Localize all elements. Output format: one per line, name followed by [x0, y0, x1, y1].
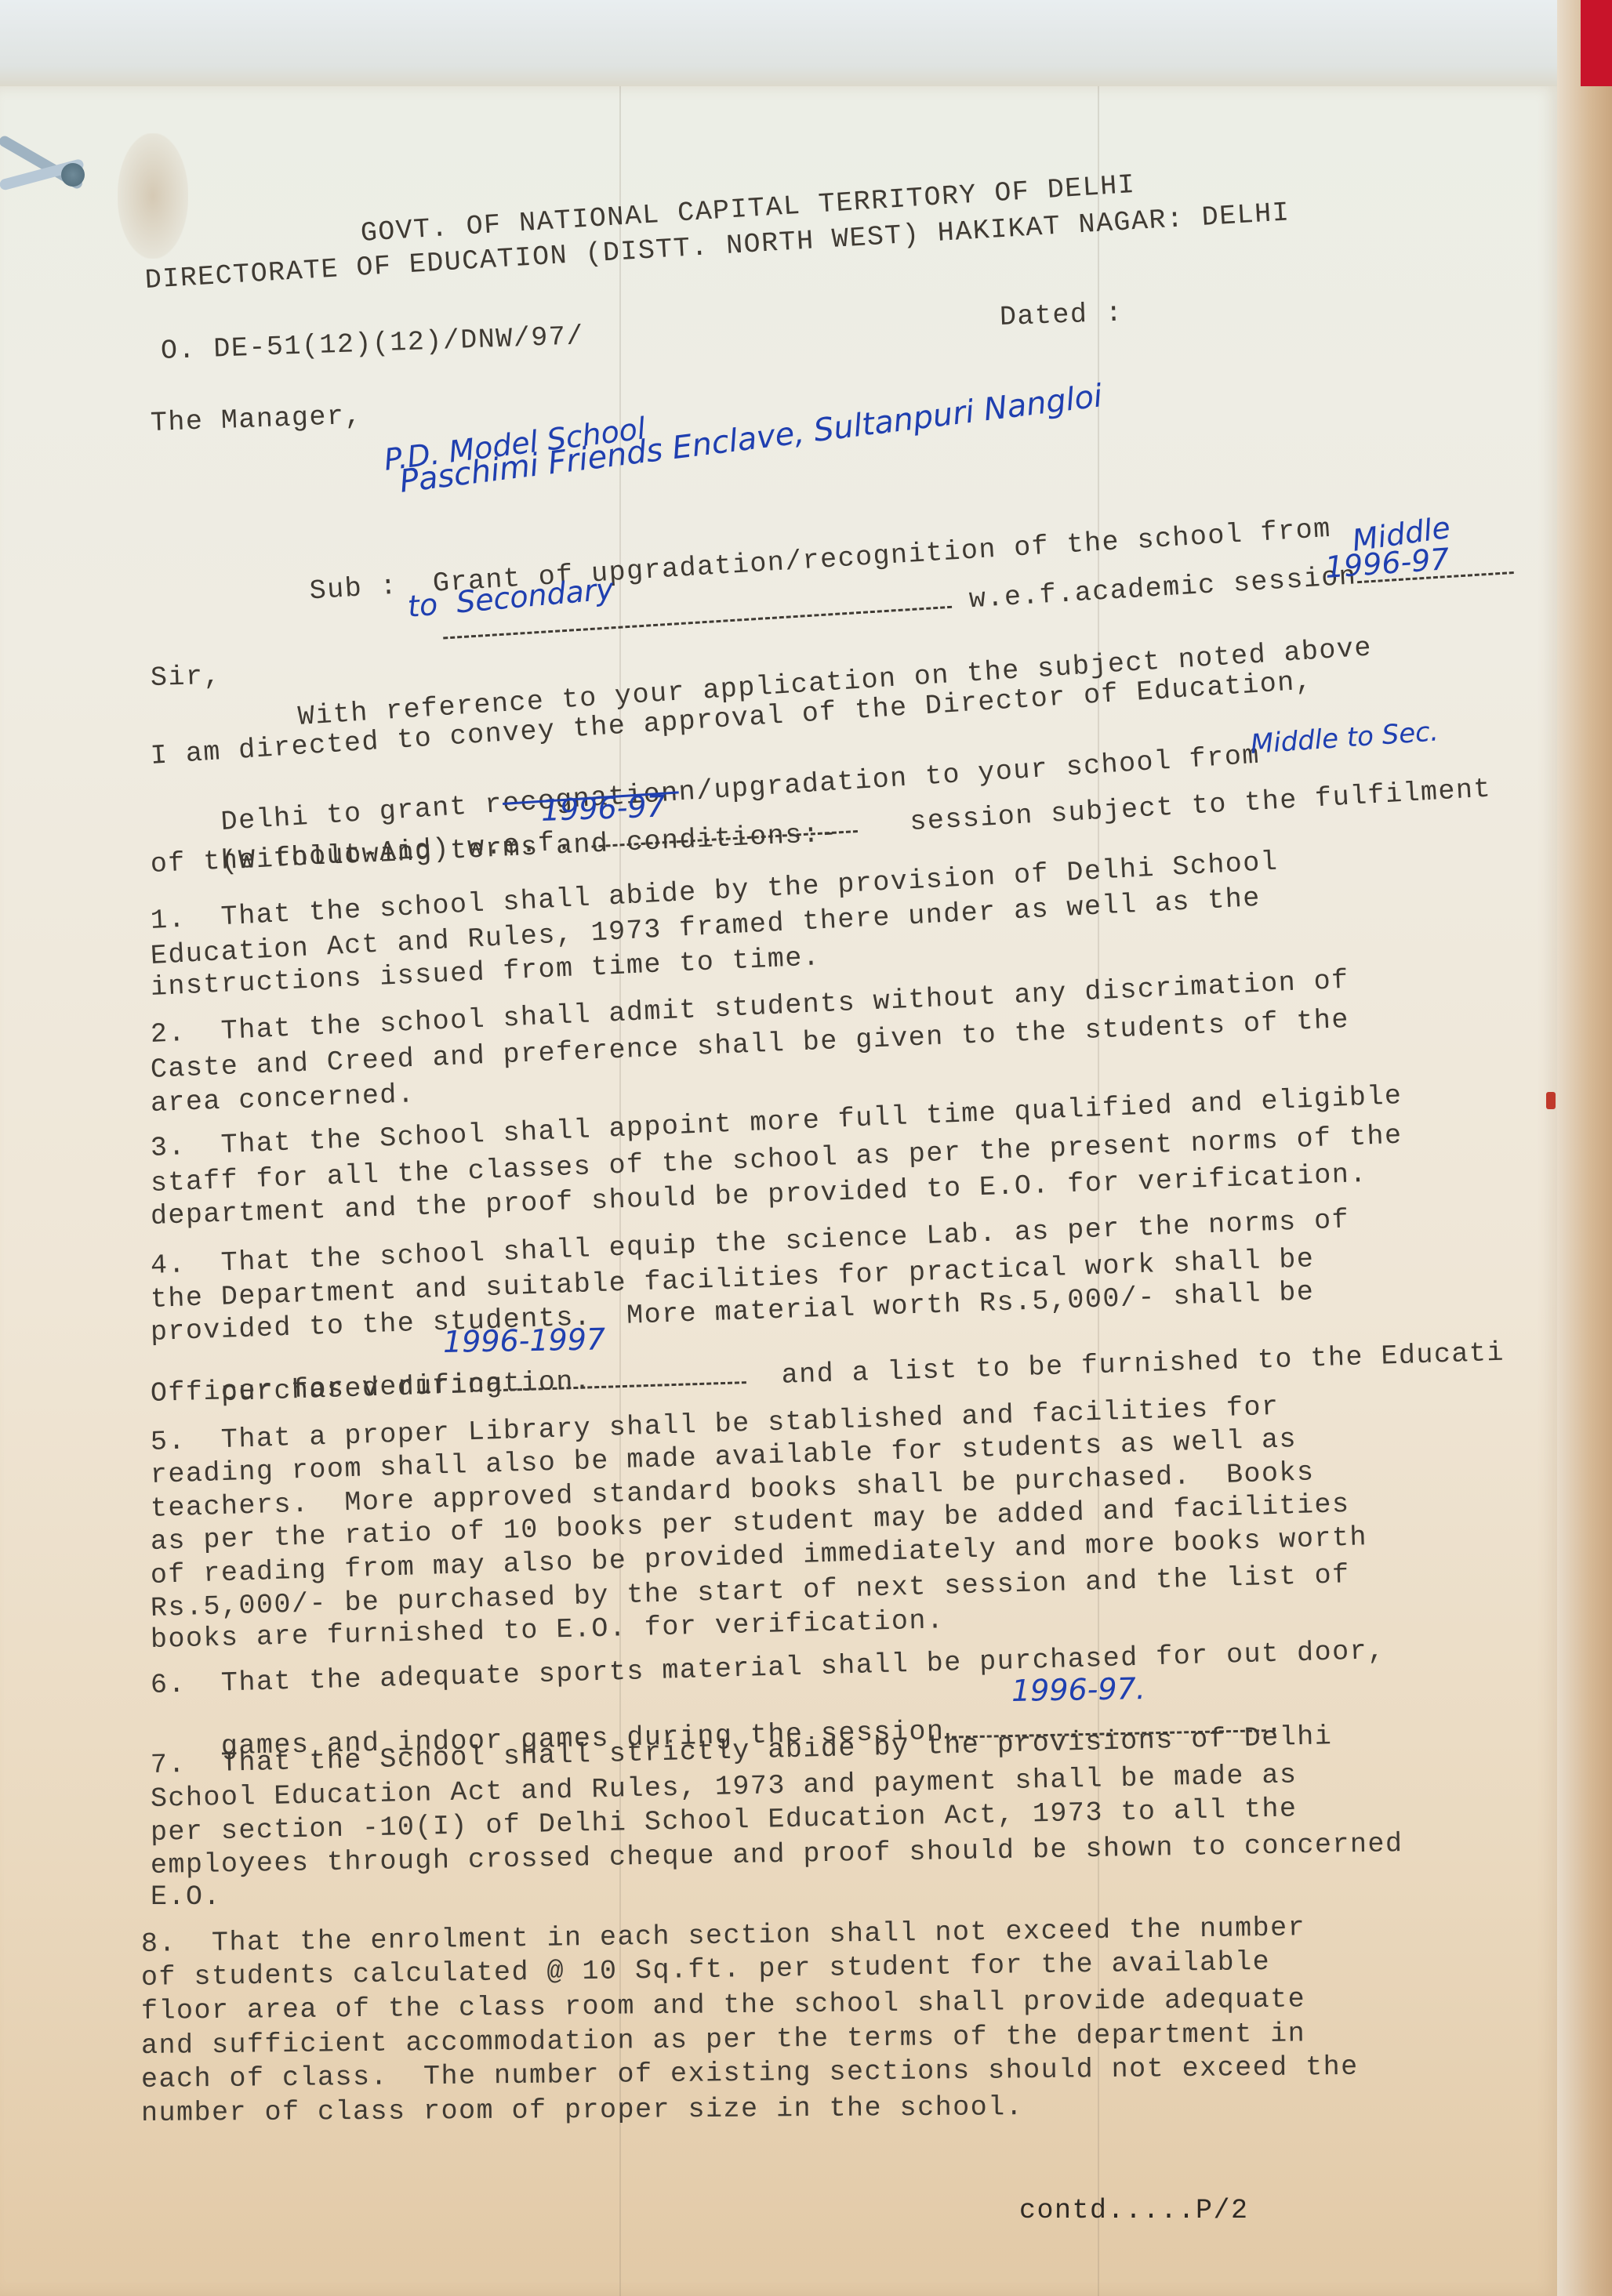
handwritten-period: 1996-1997 [443, 1322, 606, 1359]
handwritten-wef: 1996-97 [540, 789, 666, 828]
body-line-4-end: session subject to the fulfilment [909, 773, 1492, 838]
dated-label: Dated : [999, 298, 1124, 333]
continued-marker: contd.....P/2 [1019, 2195, 1249, 2226]
reference-number: O. DE-51(12)(12)/DNW/97/ [160, 321, 584, 367]
addressee-label: The Manager, [150, 401, 362, 439]
condition-4-line-4-end: and a list to be furnished to the Educat… [781, 1337, 1505, 1391]
letter-document: GOVT. OF NATIONAL CAPITAL TERRITORY OF D… [0, 0, 1612, 2296]
condition-8-line-6: number of class room of proper size in t… [141, 2091, 1023, 2129]
handwritten-sports-session: 1996-97. [1011, 1671, 1146, 1708]
greeting: Sir, [150, 661, 221, 694]
condition-7-line-5: E.O. [151, 1881, 221, 1913]
subject-text-2: w.e.f.academic session [968, 560, 1358, 615]
condition-2-line-3: area concerned. [150, 1079, 416, 1119]
